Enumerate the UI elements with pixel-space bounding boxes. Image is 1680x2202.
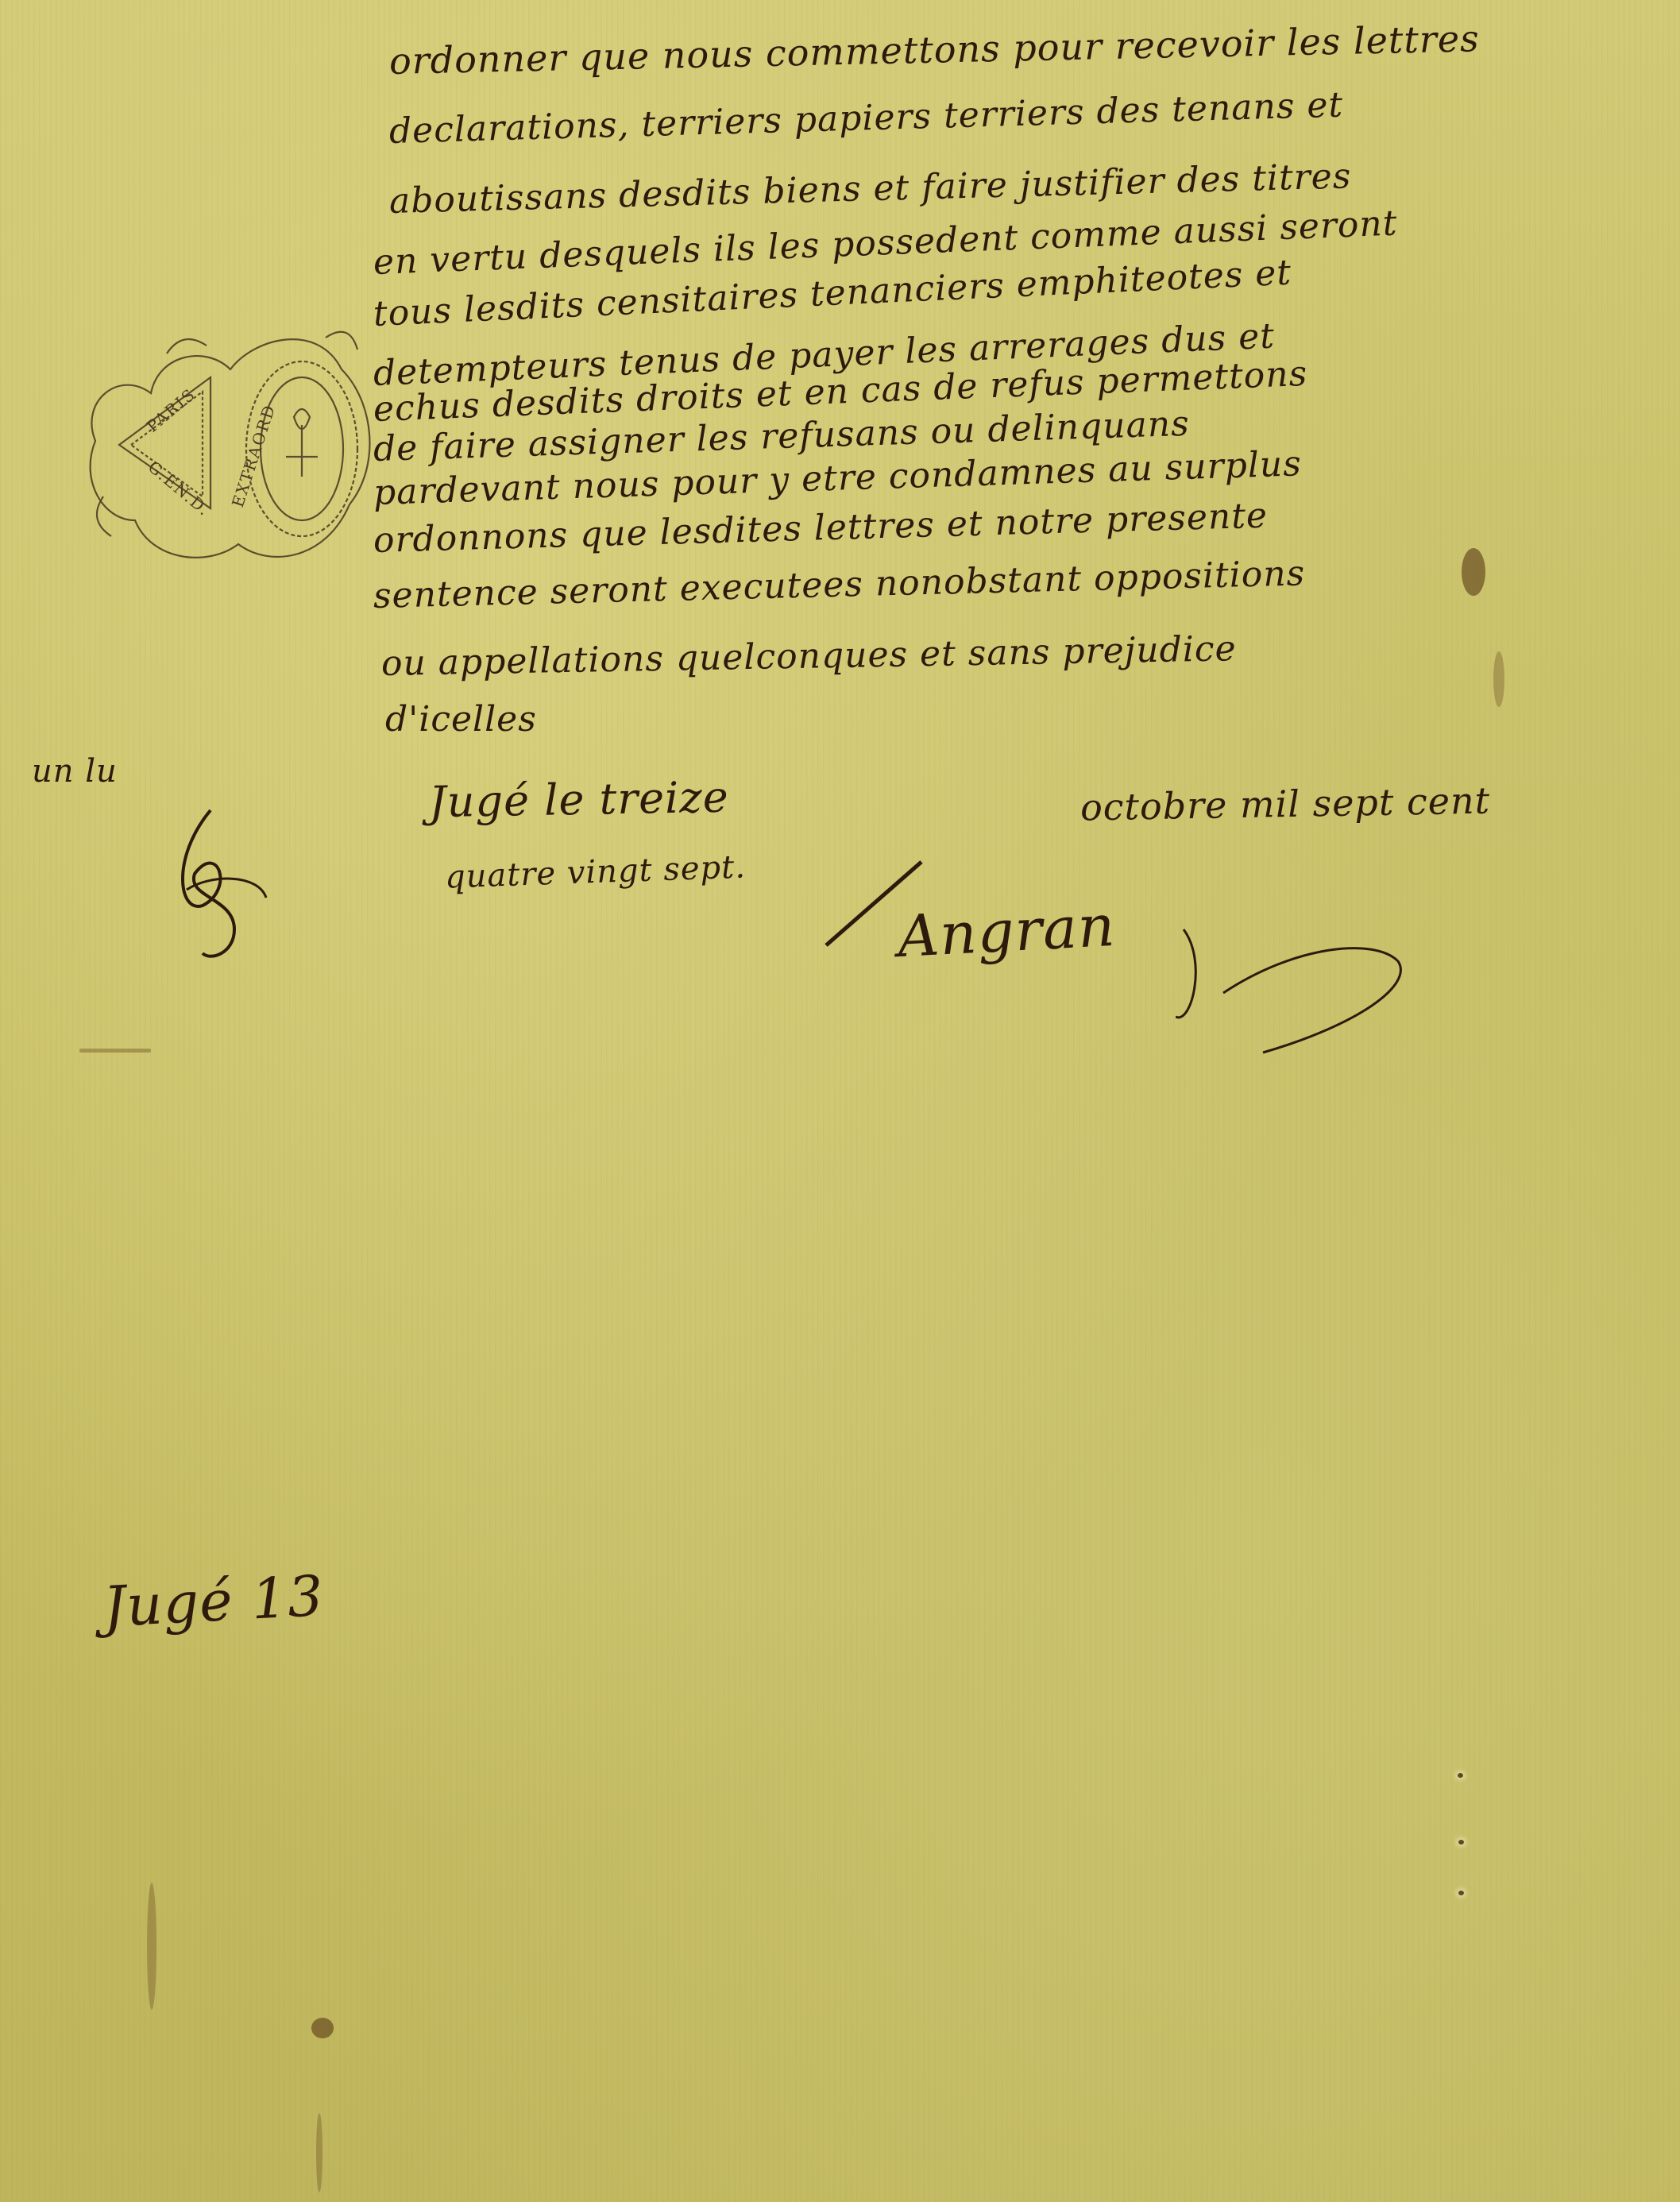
rust-stain bbox=[147, 1883, 156, 2010]
bottom-note: Jugé 13 bbox=[102, 1563, 326, 1640]
body-line-11: sentence seront executees nonobstant opp… bbox=[373, 553, 1305, 616]
body-line-2: declarations, terriers papiers terriers … bbox=[388, 84, 1343, 152]
binding-hole bbox=[1458, 1891, 1464, 1895]
manuscript-page: PARIS G.EN.D. EXTRAORD ordonner que nous… bbox=[0, 0, 1680, 2202]
fiscal-stamp: PARIS G.EN.D. EXTRAORD bbox=[71, 306, 389, 580]
body-line-1: ordonner que nous commettons pour recevo… bbox=[388, 17, 1480, 83]
rust-stain bbox=[316, 2113, 322, 2192]
stamp-text-general: G.EN.D. bbox=[145, 457, 214, 520]
body-line-12: ou appellations quelconques et sans prej… bbox=[381, 628, 1237, 684]
judgment-date-line-1b: octobre mil sept cent bbox=[1080, 779, 1491, 829]
binding-hole bbox=[1458, 1840, 1464, 1845]
signature-flourish-icon bbox=[1176, 914, 1430, 1057]
body-line-13: d'icelles bbox=[385, 699, 537, 740]
judgment-date-line-1: Jugé le treize bbox=[428, 772, 729, 828]
stamp-icon: PARIS G.EN.D. EXTRAORD bbox=[71, 306, 389, 580]
pen-stroke-icon bbox=[818, 858, 929, 953]
judgment-date-line-2: quatre vingt sept. bbox=[444, 848, 746, 895]
margin-note: un lu bbox=[32, 753, 118, 790]
ink-mark bbox=[79, 1049, 151, 1053]
binding-hole bbox=[1458, 1773, 1463, 1778]
ink-stain bbox=[1462, 548, 1485, 596]
ink-stain bbox=[1493, 651, 1504, 707]
initials-flourish-icon bbox=[163, 794, 290, 969]
rust-stain bbox=[311, 2018, 334, 2038]
